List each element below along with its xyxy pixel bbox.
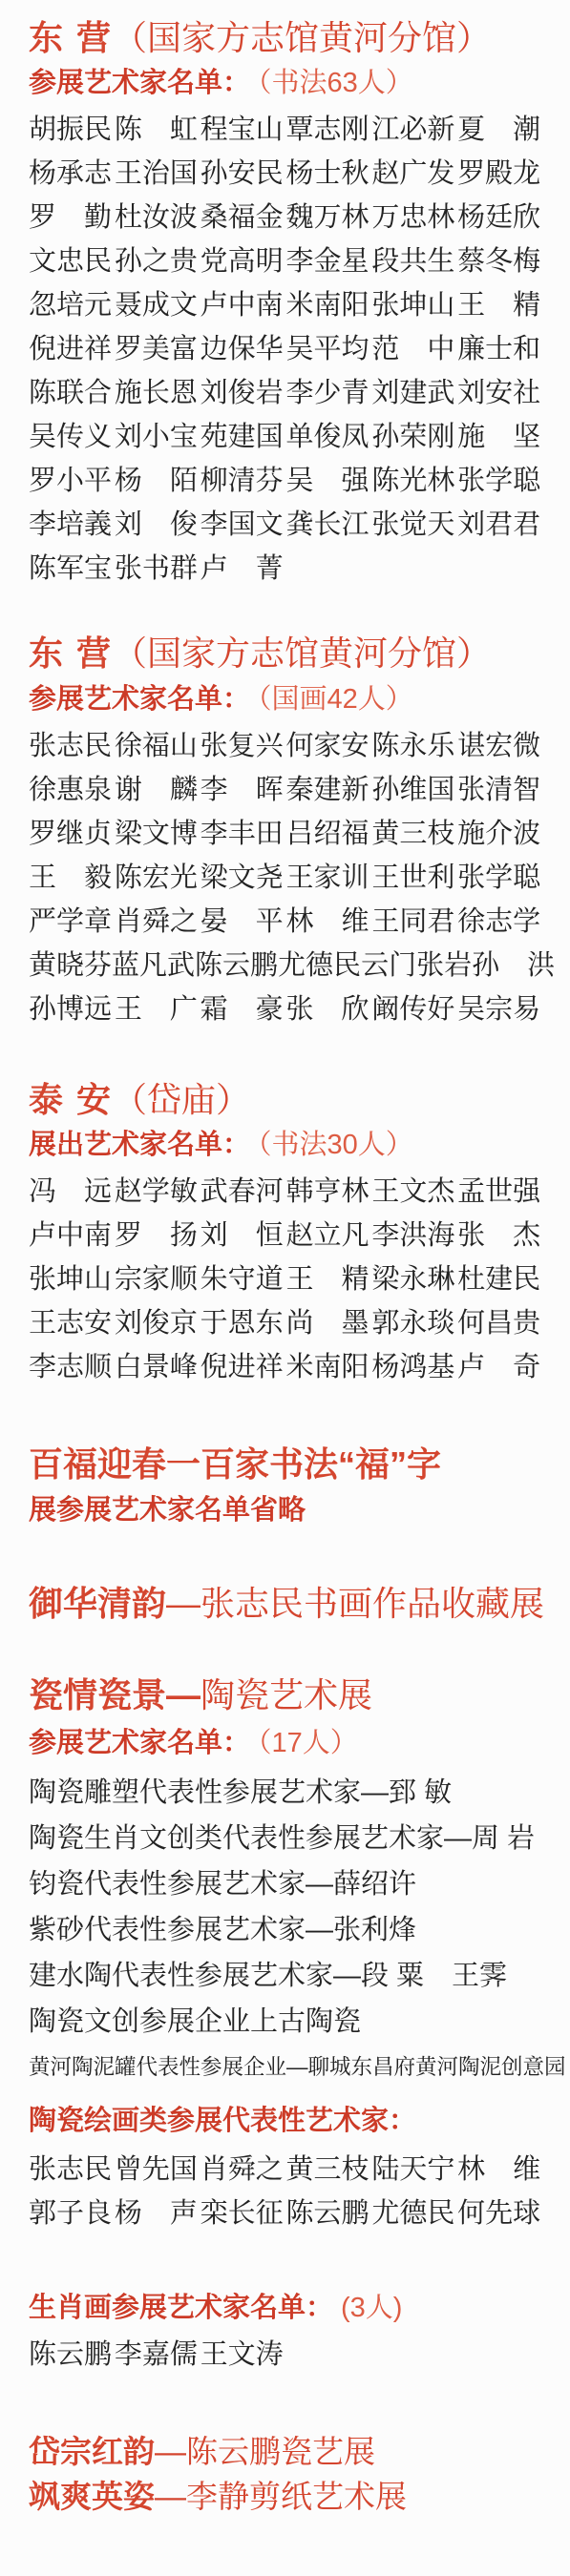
artist-name: 张学聪 xyxy=(457,856,543,900)
artist-name-row: 张坤山宗家顺朱守道王 精梁永琳杜建民 xyxy=(29,1257,543,1301)
section-final-exhibits: 岱宗红韵—陈云鹏瓷艺展 飒爽英姿—李静剪纸艺术展 xyxy=(29,2430,543,2518)
artist-name: 王世利 xyxy=(371,856,457,900)
artist-name-grid: 胡振民陈 虹程宝山覃志刚江必新夏 潮杨承志王治国孙安民杨士秋赵广发罗殿龙罗 勤杜… xyxy=(29,108,543,591)
artist-name: 罗殿龙 xyxy=(457,152,543,196)
artist-name: 尚 墨 xyxy=(286,1301,372,1345)
artist-name: 李金星 xyxy=(286,239,372,283)
artist-name: 刘俊京 xyxy=(115,1301,201,1345)
list-label-text: 参展艺术家名单： xyxy=(29,1728,250,1758)
artist-name: 王家训 xyxy=(286,856,372,900)
artist-name: 王文涛 xyxy=(201,2333,286,2377)
artist-name: 陈永乐 xyxy=(371,724,457,768)
artist-name: 徐志学 xyxy=(457,900,543,944)
artist-name: 吴 强 xyxy=(286,459,372,503)
artist-name: 程宝山 xyxy=(201,108,286,152)
artist-name-row: 陈联合施长恩刘俊岩李少青刘建武刘安社 xyxy=(29,371,543,415)
artist-name-grid: 张志民徐福山张复兴何家安陈永乐谌宏微徐惠泉谢 麟李 晖秦建新孙维国张清智罗继贞梁… xyxy=(29,724,543,1031)
venue-city: 泰 安 xyxy=(29,1080,113,1119)
artist-name: 孙荣刚 xyxy=(371,415,457,459)
artist-name: 陈云鹏 xyxy=(29,2333,115,2377)
artist-name: 罗 扬 xyxy=(115,1214,201,1257)
artist-name: 杨士秋 xyxy=(286,152,372,196)
exhibit-title: 御华清韵—张志民书画作品收藏展 xyxy=(29,1582,543,1627)
artist-name: 孙维国 xyxy=(371,768,457,812)
section-zodiac-painting: 生肖画参展艺术家名单：(3人) 陈云鹏李嘉儒王文涛 xyxy=(29,2291,543,2377)
section-dongying-calligraphy: 东 营（国家方志馆黄河分馆） 参展艺术家名单：（书法63人） 胡振民陈 虹程宝山… xyxy=(29,17,543,591)
artist-name: 卢 菁 xyxy=(201,547,286,591)
artist-name: 忽培元 xyxy=(29,283,115,327)
artist-name: 陈 虹 xyxy=(115,108,201,152)
artist-name: 张 杰 xyxy=(457,1214,543,1257)
artist-name: 黄晓芬 xyxy=(29,944,112,987)
section-yuhua-qingyun: 御华清韵—张志民书画作品收藏展 xyxy=(29,1582,543,1627)
artist-name-row: 杨承志王治国孙安民杨士秋赵广发罗殿龙 xyxy=(29,152,543,196)
artist-name: 王 精 xyxy=(286,1257,372,1301)
artist-name: 段共生 xyxy=(371,239,457,283)
artist-name: 李丰田 xyxy=(201,812,286,856)
artist-name-row: 孙博远王 广霜 豪张 欣阚传好吴宗易 xyxy=(29,987,543,1031)
artist-name: 王 毅 xyxy=(29,856,115,900)
artist-name: 刘小宝 xyxy=(115,415,201,459)
artist-name: 覃志刚 xyxy=(286,108,372,152)
artist-name: 刘君君 xyxy=(457,503,543,547)
artist-name: 郭子良 xyxy=(29,2192,115,2235)
list-count-text: （17人） xyxy=(258,1728,358,1758)
exhibit-title-bold: 瓷情瓷景— xyxy=(29,1675,201,1714)
ceramic-category-line: 陶瓷雕塑代表性参展艺术家—郅 敏 xyxy=(29,1770,543,1816)
artist-name: 张清智 xyxy=(457,768,543,812)
ceramic-category-line: 陶瓷文创参展企业上古陶瓷 xyxy=(29,1999,543,2045)
venue-city: 东 营 xyxy=(29,18,113,57)
artist-name: 韩亨林 xyxy=(286,1170,372,1214)
artist-name: 范 中 xyxy=(371,327,457,371)
venue-note: （国家方志馆黄河分馆） xyxy=(113,634,491,673)
artist-name-row: 冯 远赵学敏武春河韩亨林王文杰孟世强 xyxy=(29,1170,543,1214)
artist-name: 龚长江 xyxy=(286,503,372,547)
ceramic-category-line: 陶瓷生肖文创类代表性参展艺术家—周 岩 xyxy=(29,1816,543,1861)
artist-name: 梁文尧 xyxy=(201,856,286,900)
exhibit-title-bold: 飒爽英姿 xyxy=(29,2479,155,2514)
artist-name: 李少青 xyxy=(286,371,372,415)
artist-name: 陆天宁 xyxy=(371,2148,457,2192)
list-label: 参展艺术家名单：（国画42人） xyxy=(29,682,543,717)
artist-name: 陈军宝 xyxy=(29,547,115,591)
artist-name xyxy=(286,547,372,591)
artist-name: 李洪海 xyxy=(371,1214,457,1257)
artist-name: 胡振民 xyxy=(29,108,115,152)
artist-name-row: 黄晓芬蓝凡武陈云鹏尤德民云门张岩孙 洪 xyxy=(29,944,543,987)
list-count-text: （书法30人） xyxy=(258,1130,413,1160)
artist-name: 王 广 xyxy=(115,987,201,1031)
artist-name: 聂成文 xyxy=(115,283,201,327)
artist-name: 王文杰 xyxy=(371,1170,457,1214)
artist-name: 党高明 xyxy=(201,239,286,283)
exhibit-title-sashuang: 飒爽英姿—李静剪纸艺术展 xyxy=(29,2475,543,2519)
artist-name: 刘 恒 xyxy=(201,1214,286,1257)
artist-name: 孟世强 xyxy=(457,1170,543,1214)
artist-name-grid: 陈云鹏李嘉儒王文涛 xyxy=(29,2333,543,2377)
artist-name: 云门张岩 xyxy=(361,944,472,987)
artist-name: 张学聪 xyxy=(457,459,543,503)
artist-name-row: 罗 勤杜汝波桑福金魏万林万忠林杨廷欣 xyxy=(29,196,543,239)
artist-name: 张 欣 xyxy=(286,987,372,1031)
list-count-text: （国画42人） xyxy=(258,684,413,715)
artist-name: 严学章 xyxy=(29,900,115,944)
artist-name: 李 晖 xyxy=(201,768,286,812)
artist-name xyxy=(457,2333,543,2377)
list-label: 参展艺术家名单：（书法63人） xyxy=(29,66,543,100)
artist-name: 谌宏微 xyxy=(457,724,543,768)
artist-name: 卢 奇 xyxy=(457,1345,543,1389)
artist-name: 张觉天 xyxy=(371,503,457,547)
artist-name: 刘安社 xyxy=(457,371,543,415)
artist-name: 刘俊岩 xyxy=(201,371,286,415)
exhibit-title-rest: —李静剪纸艺术展 xyxy=(155,2479,407,2514)
artist-name: 倪进祥 xyxy=(201,1345,286,1389)
artist-name: 梁永琳 xyxy=(371,1257,457,1301)
artist-name: 孙安民 xyxy=(201,152,286,196)
artist-name-row: 徐惠泉谢 麟李 晖秦建新孙维国张清智 xyxy=(29,768,543,812)
artist-name: 张书群 xyxy=(115,547,201,591)
artist-name-row: 倪进祥罗美富边保华吴平均范 中廉士和 xyxy=(29,327,543,371)
list-count-text: （书法63人） xyxy=(258,68,413,98)
artist-name: 吴宗易 xyxy=(457,987,543,1031)
artist-name: 黄三枝 xyxy=(371,812,457,856)
section-taian-calligraphy: 泰 安（岱庙） 展出艺术家名单：（书法30人） 冯 远赵学敏武春河韩亨林王文杰孟… xyxy=(29,1079,543,1389)
artist-name: 王同君 xyxy=(371,900,457,944)
artist-name: 霜 豪 xyxy=(201,987,286,1031)
artist-name: 李嘉儒 xyxy=(115,2333,201,2377)
artist-name: 阚传好 xyxy=(371,987,457,1031)
artist-name: 苑建国 xyxy=(201,415,286,459)
artist-name: 张复兴 xyxy=(201,724,286,768)
artist-name: 王 精 xyxy=(457,283,543,327)
artist-name: 杜建民 xyxy=(457,1257,543,1301)
exhibit-title-daizong: 岱宗红韵—陈云鹏瓷艺展 xyxy=(29,2430,543,2474)
artist-name: 陈联合 xyxy=(29,371,115,415)
artist-name: 赵广发 xyxy=(371,152,457,196)
artist-name: 孙 洪 xyxy=(472,944,555,987)
section-title: 泰 安（岱庙） xyxy=(29,1079,543,1120)
artist-name-row: 张志民曾先国肖舜之黄三枝陆天宁林 维 xyxy=(29,2148,543,2192)
artist-name: 杨 陌 xyxy=(115,459,201,503)
artist-name-grid: 冯 远赵学敏武春河韩亨林王文杰孟世强卢中南罗 扬刘 恒赵立凡李洪海张 杰张坤山宗… xyxy=(29,1170,543,1389)
artist-name: 孙博远 xyxy=(29,987,115,1031)
artist-name: 杨承志 xyxy=(29,152,115,196)
artist-name: 徐福山 xyxy=(115,724,201,768)
artist-name: 晏 平 xyxy=(201,900,286,944)
artist-name: 杨鸿基 xyxy=(371,1345,457,1389)
artist-name: 尤德民 xyxy=(278,944,361,987)
artist-name-row: 吴传义刘小宝苑建国单俊凤孙荣刚施 坚 xyxy=(29,415,543,459)
exhibit-title-bold: 御华清韵 xyxy=(29,1584,166,1623)
ceramic-category-line: 建水陶代表性参展艺术家—段 粟 王霁 xyxy=(29,1953,543,1999)
exhibit-title-bold: 岱宗红韵 xyxy=(29,2434,155,2469)
artist-name: 冯 远 xyxy=(29,1170,115,1214)
list-label-text: 展出艺术家名单： xyxy=(29,1130,250,1160)
section-title: 东 营（国家方志馆黄河分馆） xyxy=(29,17,543,58)
ceramic-category-line: 钧瓷代表性参展艺术家—薛绍许 xyxy=(29,1861,543,1907)
artist-name: 江必新 xyxy=(371,108,457,152)
artist-name xyxy=(457,547,543,591)
artist-name: 曾先国 xyxy=(115,2148,201,2192)
artist-name-row: 陈云鹏李嘉儒王文涛 xyxy=(29,2333,543,2377)
artist-name: 秦建新 xyxy=(286,768,372,812)
artist-name: 魏万林 xyxy=(286,196,372,239)
artist-name: 陈云鹏 xyxy=(195,944,278,987)
venue-city: 东 营 xyxy=(29,634,113,673)
artist-name: 夏 潮 xyxy=(457,108,543,152)
exhibit-title-rest: —张志民书画作品收藏展 xyxy=(166,1584,544,1623)
artist-name: 施介波 xyxy=(457,812,543,856)
artist-name: 栾长征 xyxy=(201,2192,286,2235)
artist-name: 米南阳 xyxy=(286,1345,372,1389)
artist-name: 张志民 xyxy=(29,724,115,768)
artist-name: 刘建武 xyxy=(371,371,457,415)
artist-name: 蔡冬梅 xyxy=(457,239,543,283)
artist-name: 宗家顺 xyxy=(115,1257,201,1301)
artist-name: 边保华 xyxy=(201,327,286,371)
artist-name: 武春河 xyxy=(201,1170,286,1214)
artist-name: 桑福金 xyxy=(201,196,286,239)
artist-name: 李培義 xyxy=(29,503,115,547)
artist-name: 肖舜之 xyxy=(115,900,201,944)
venue-note: （国家方志馆黄河分馆） xyxy=(113,18,491,57)
artist-name: 肖舜之 xyxy=(201,2148,286,2192)
artist-name-grid: 张志民曾先国肖舜之黄三枝陆天宁林 维郭子良杨 声栾长征陈云鹏尤德民何先球 xyxy=(29,2148,543,2235)
artist-name: 李志顺 xyxy=(29,1345,115,1389)
artist-name: 施长恩 xyxy=(115,371,201,415)
artist-name: 倪进祥 xyxy=(29,327,115,371)
artist-name: 卢中南 xyxy=(201,283,286,327)
artist-name: 孙之贵 xyxy=(115,239,201,283)
section-ceramics-exhibit: 瓷情瓷景—陶瓷艺术展 参展艺术家名单：（17人） 陶瓷雕塑代表性参展艺术家—郅 … xyxy=(29,1673,543,2235)
artist-name: 梁文博 xyxy=(115,812,201,856)
section-title: 东 营（国家方志馆黄河分馆） xyxy=(29,633,543,674)
artist-name: 吴传义 xyxy=(29,415,115,459)
banner-title: 百福迎春一百家书法“福”字 xyxy=(29,1443,543,1485)
artist-name: 赵学敏 xyxy=(115,1170,201,1214)
artist-name-row: 文忠民孙之贵党高明李金星段共生蔡冬梅 xyxy=(29,239,543,283)
artist-name: 何昌贵 xyxy=(457,1301,543,1345)
artist-name xyxy=(371,2333,457,2377)
artist-name-row: 张志民徐福山张复兴何家安陈永乐谌宏微 xyxy=(29,724,543,768)
artist-name-row: 卢中南罗 扬刘 恒赵立凡李洪海张 杰 xyxy=(29,1214,543,1257)
artist-name-row: 王志安刘俊京于恩东尚 墨郭永琰何昌贵 xyxy=(29,1301,543,1345)
artist-name-row: 胡振民陈 虹程宝山覃志刚江必新夏 潮 xyxy=(29,108,543,152)
artist-name-row: 罗继贞梁文博李丰田吕绍福黄三枝施介波 xyxy=(29,812,543,856)
artist-name: 杨 声 xyxy=(115,2192,201,2235)
artist-name: 朱守道 xyxy=(201,1257,286,1301)
exhibit-title: 瓷情瓷景—陶瓷艺术展 xyxy=(29,1673,543,1718)
artist-name-row: 王 毅陈宏光梁文尧王家训王世利张学聪 xyxy=(29,856,543,900)
artist-name: 林 维 xyxy=(457,2148,543,2192)
artist-name-row: 李培義刘 俊李国文龚长江张觉天刘君君 xyxy=(29,503,543,547)
section-fu-calligraphy-banner: 百福迎春一百家书法“福”字 展参展艺术家名单省略 xyxy=(29,1443,543,1527)
list-label-text: 参展艺术家名单： xyxy=(29,684,250,715)
list-label: 生肖画参展艺术家名单：(3人) xyxy=(29,2291,543,2325)
artist-name: 张坤山 xyxy=(371,283,457,327)
artist-name: 施 坚 xyxy=(457,415,543,459)
artist-name: 李国文 xyxy=(201,503,286,547)
artist-name-row: 罗小平杨 陌柳清芬吴 强陈光林张学聪 xyxy=(29,459,543,503)
artist-name-row: 严学章肖舜之晏 平林 维王同君徐志学 xyxy=(29,900,543,944)
artist-name: 谢 麟 xyxy=(115,768,201,812)
list-label: 展出艺术家名单：（书法30人） xyxy=(29,1128,543,1162)
exhibit-title-rest: —陈云鹏瓷艺展 xyxy=(155,2434,375,2469)
banner-subtitle: 展参展艺术家名单省略 xyxy=(29,1493,543,1527)
artist-name: 米南阳 xyxy=(286,283,372,327)
artist-name: 陈云鹏 xyxy=(286,2192,372,2235)
artist-name-row: 忽培元聂成文卢中南米南阳张坤山王 精 xyxy=(29,283,543,327)
artist-name: 单俊凤 xyxy=(286,415,372,459)
artist-name: 罗美富 xyxy=(115,327,201,371)
artist-name: 何先球 xyxy=(457,2192,543,2235)
artist-name: 林 维 xyxy=(286,900,372,944)
artist-name: 吴平均 xyxy=(286,327,372,371)
artist-name: 张坤山 xyxy=(29,1257,115,1301)
artist-name: 徐惠泉 xyxy=(29,768,115,812)
artist-name: 白景峰 xyxy=(115,1345,201,1389)
artist-name: 卢中南 xyxy=(29,1214,115,1257)
artist-name: 廉士和 xyxy=(457,327,543,371)
artist-name: 赵立凡 xyxy=(286,1214,372,1257)
artist-name-row: 郭子良杨 声栾长征陈云鹏尤德民何先球 xyxy=(29,2192,543,2235)
artist-name: 吕绍福 xyxy=(286,812,372,856)
artist-name: 尤德民 xyxy=(371,2192,457,2235)
artist-name: 于恩东 xyxy=(201,1301,286,1345)
artist-name-row: 陈军宝张书群卢 菁 xyxy=(29,547,543,591)
ceramic-category-lines: 陶瓷雕塑代表性参展艺术家—郅 敏陶瓷生肖文创类代表性参展艺术家—周 岩钧瓷代表性… xyxy=(29,1770,543,2090)
artist-name: 刘 俊 xyxy=(115,503,201,547)
artist-name xyxy=(371,547,457,591)
artist-name: 张志民 xyxy=(29,2148,115,2192)
artist-name: 黄三枝 xyxy=(286,2148,372,2192)
artist-name-row: 李志顺白景峰倪进祥米南阳杨鸿基卢 奇 xyxy=(29,1345,543,1389)
list-label-text: 参展艺术家名单： xyxy=(29,68,250,98)
artist-name: 何家安 xyxy=(286,724,372,768)
artist-name: 蓝凡武 xyxy=(112,944,195,987)
list-label: 参展艺术家名单：（17人） xyxy=(29,1726,543,1760)
artist-name: 罗 勤 xyxy=(29,196,115,239)
artist-name: 杜汝波 xyxy=(115,196,201,239)
artist-name: 王志安 xyxy=(29,1301,115,1345)
artist-name: 万忠林 xyxy=(371,196,457,239)
exhibition-announcement-page: 东 营（国家方志馆黄河分馆） 参展艺术家名单：（书法63人） 胡振民陈 虹程宝山… xyxy=(0,0,570,2576)
ceramic-category-line: 紫砂代表性参展艺术家—张利烽 xyxy=(29,1907,543,1953)
ceramic-painting-label: 陶瓷绘画类参展代表性艺术家： xyxy=(29,2104,543,2140)
list-count-text: (3人) xyxy=(341,2293,402,2323)
section-dongying-painting: 东 营（国家方志馆黄河分馆） 参展艺术家名单：（国画42人） 张志民徐福山张复兴… xyxy=(29,633,543,1030)
ceramic-category-line: 黄河陶泥罐代表性参展企业—聊城东昌府黄河陶泥创意园 xyxy=(29,2045,543,2090)
artist-name: 杨廷欣 xyxy=(457,196,543,239)
venue-note: （岱庙） xyxy=(113,1080,250,1119)
artist-name: 陈宏光 xyxy=(115,856,201,900)
artist-name xyxy=(286,2333,372,2377)
exhibit-title-rest: 陶瓷艺术展 xyxy=(201,1675,372,1714)
artist-name: 柳清芬 xyxy=(201,459,286,503)
artist-name: 罗小平 xyxy=(29,459,115,503)
artist-name: 文忠民 xyxy=(29,239,115,283)
list-label-text: 生肖画参展艺术家名单： xyxy=(29,2293,333,2323)
artist-name: 陈光林 xyxy=(371,459,457,503)
artist-name: 郭永琰 xyxy=(371,1301,457,1345)
artist-name: 王治国 xyxy=(115,152,201,196)
artist-name: 罗继贞 xyxy=(29,812,115,856)
